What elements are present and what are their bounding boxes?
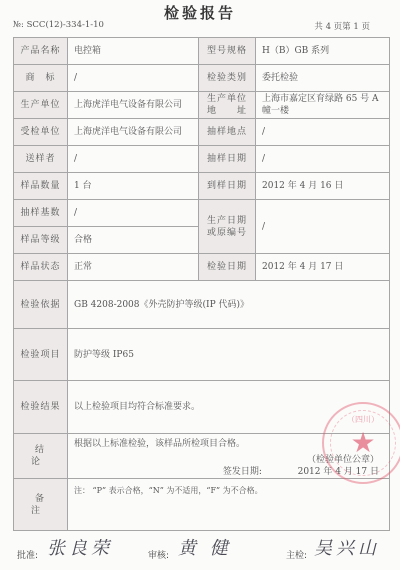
- sampling-location-label: 抽样地点: [199, 119, 256, 146]
- sample-grade-label: 样品等级: [14, 227, 68, 254]
- seal-note: （检验单位公章）: [307, 454, 379, 466]
- approver-name: 张良荣: [47, 534, 113, 560]
- approver-role: 批准:: [17, 548, 38, 561]
- conclusion-cell: 根据以上标准检验，该样品所检项目合格。 （检验单位公章） 签发日期: 2012 …: [68, 434, 390, 479]
- sender-label: 送样者: [14, 146, 68, 173]
- table-row: 样品状态 正常 检验日期 2012 年 4 月 17 日: [14, 254, 390, 281]
- table-row: 产品名称 电控箱 型号规格 H（B）GB 系列: [14, 38, 390, 65]
- issue-date-value: 2012 年 4 月 17 日: [298, 467, 379, 477]
- table-row: 抽样基数 / 生产日期或原编号 /: [14, 200, 390, 227]
- sampling-date-value: /: [256, 146, 390, 173]
- table-row: 送样者 / 抽样日期 /: [14, 146, 390, 173]
- sample-quantity-label: 样品数量: [14, 173, 68, 200]
- sampling-location-value: /: [256, 119, 390, 146]
- trademark-label: 商 标: [14, 65, 68, 92]
- issue-date-label: 签发日期:: [223, 467, 262, 477]
- table-row: 结 论 根据以上标准检验，该样品所检项目合格。 （检验单位公章） 签发日期: 2…: [14, 434, 390, 479]
- signature-block: 批准: 张良荣 审核: 黄 健 主检: 吴兴山: [0, 528, 400, 568]
- manufacturer-address-value: 上海市嘉定区育绿路 65 号 A 幢一楼: [256, 92, 390, 119]
- inspection-date-label: 检验日期: [199, 254, 256, 281]
- sample-status-label: 样品状态: [14, 254, 68, 281]
- table-row: 备 注 注： “P” 表示合格，“N” 为不适用，“F” 为不合格。: [14, 479, 390, 531]
- inspection-basis-label: 检验依据: [14, 281, 68, 329]
- sampling-base-value: /: [68, 200, 199, 227]
- table-row: 检验项目 防护等级 IP65: [14, 329, 390, 381]
- table-row: 受检单位 上海虎洋电气设备有限公司 抽样地点 /: [14, 119, 390, 146]
- model-value: H（B）GB 系列: [256, 38, 390, 65]
- arrival-date-label: 到样日期: [199, 173, 256, 200]
- sample-status-value: 正常: [68, 254, 199, 281]
- sampling-date-label: 抽样日期: [199, 146, 256, 173]
- arrival-date-value: 2012 年 4 月 16 日: [256, 173, 390, 200]
- model-label: 型号规格: [199, 38, 256, 65]
- manufacturer-label: 生产单位: [14, 92, 68, 119]
- table-row: 样品数量 1 台 到样日期 2012 年 4 月 16 日: [14, 173, 390, 200]
- chief-inspector-name: 吴兴山: [314, 534, 380, 560]
- manufacturer-value: 上海虎洋电气设备有限公司: [68, 92, 199, 119]
- inspection-result-value: 以上检验项目均符合标准要求。: [68, 381, 390, 434]
- inspection-type-label: 检验类别: [199, 65, 256, 92]
- inspection-date-value: 2012 年 4 月 17 日: [256, 254, 390, 281]
- reviewer-role: 审核:: [148, 548, 169, 561]
- remarks-value: 注： “P” 表示合格，“N” 为不适用，“F” 为不合格。: [68, 479, 390, 531]
- table-row: 检验依据 GB 4208-2008《外壳防护等级(IP 代码)》: [14, 281, 390, 329]
- production-date-value: /: [256, 200, 390, 254]
- inspection-items-label: 检验项目: [14, 329, 68, 381]
- remarks-label: 备 注: [14, 479, 68, 531]
- table-row: 生产单位 上海虎洋电气设备有限公司 生产单位地 址 上海市嘉定区育绿路 65 号…: [14, 92, 390, 119]
- inspected-unit-label: 受检单位: [14, 119, 68, 146]
- page-info: 共 4 页第 1 页: [314, 20, 370, 32]
- chief-inspector-role: 主检:: [286, 548, 307, 561]
- sample-quantity-value: 1 台: [68, 173, 199, 200]
- sampling-base-label: 抽样基数: [14, 200, 68, 227]
- report-table: 产品名称 电控箱 型号规格 H（B）GB 系列 商 标 / 检验类别 委托检验 …: [13, 37, 390, 531]
- conclusion-label: 结 论: [14, 434, 68, 479]
- report-number: №: SCC(12)-334-1-10: [13, 20, 104, 30]
- sample-grade-value: 合格: [68, 227, 199, 254]
- production-date-label: 生产日期或原编号: [199, 200, 256, 254]
- table-row: 检验结果 以上检验项目均符合标准要求。: [14, 381, 390, 434]
- manufacturer-address-label: 生产单位地 址: [199, 92, 256, 119]
- table-row: 商 标 / 检验类别 委托检验: [14, 65, 390, 92]
- inspection-basis-value: GB 4208-2008《外壳防护等级(IP 代码)》: [68, 281, 390, 329]
- reviewer-name: 黄 健: [178, 534, 232, 560]
- inspection-type-value: 委托检验: [256, 65, 390, 92]
- issue-date: 签发日期: 2012 年 4 月 17 日: [223, 466, 379, 478]
- product-name-label: 产品名称: [14, 38, 68, 65]
- inspection-result-label: 检验结果: [14, 381, 68, 434]
- conclusion-value: 根据以上标准检验，该样品所检项目合格。: [74, 438, 245, 450]
- trademark-value: /: [68, 65, 199, 92]
- inspected-unit-value: 上海虎洋电气设备有限公司: [68, 119, 199, 146]
- sender-value: /: [68, 146, 199, 173]
- product-name-value: 电控箱: [68, 38, 199, 65]
- inspection-items-value: 防护等级 IP65: [68, 329, 390, 381]
